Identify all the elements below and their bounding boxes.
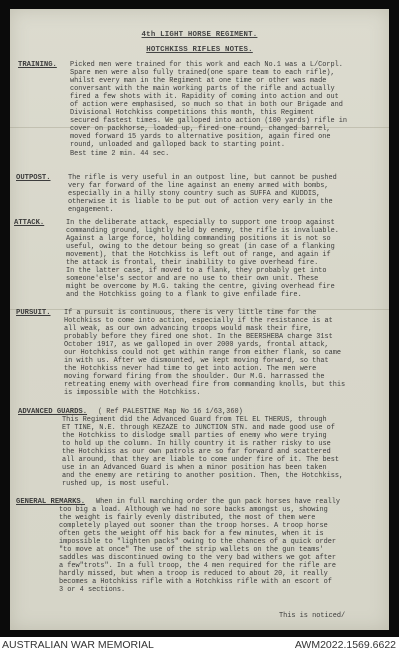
text-line: cover on packhorse, loaded up, fired one…	[70, 125, 347, 133]
text-line: retreating enemy with overhead fire from…	[64, 381, 345, 389]
text-line: Picked men were trained for this work an…	[70, 61, 347, 69]
section-label: ADVANCED GUARDS.	[18, 408, 87, 416]
text-line: impossible to "lighten packs" owing to t…	[59, 538, 336, 546]
text-line: the attack is frontal, their inability t…	[66, 259, 339, 267]
text-line: October 1917, as we galloped in over 200…	[64, 341, 345, 349]
section-body: This Regiment did the Advanced Guard fro…	[62, 416, 343, 488]
text-line: This Regiment did the Advanced Guard fro…	[62, 416, 343, 424]
section-label: GENERAL REMARKS.	[16, 498, 85, 506]
text-line: becomes a Hotchkiss rifle with a Hotchki…	[59, 578, 336, 586]
text-line: When in full marching order the gun pack…	[96, 498, 340, 506]
text-line: commanding ground, lightly held by enemy…	[66, 227, 339, 235]
section-body: If a pursuit is continuous, there is ver…	[64, 309, 345, 398]
text-line: often gets the weight off his back for a…	[59, 530, 336, 538]
section-label: OUTPOST.	[16, 174, 51, 182]
text-line: The rifle is very useful in an outpost l…	[68, 174, 337, 182]
section-body: In the deliberate attack, especially to …	[66, 219, 339, 299]
text-line: and the enemy are retiring to another po…	[62, 472, 343, 480]
section-label: TRAINING.	[18, 61, 57, 69]
text-line: movement), that the Hotchkiss is left ou…	[66, 251, 339, 259]
text-line: Divisional Hotchkiss competitions this m…	[70, 109, 347, 117]
text-line: Best time 2 min. 44 sec.	[70, 150, 347, 158]
section-first-line: When in full marching order the gun pack…	[96, 498, 340, 506]
text-line: the Hotchkiss as our own patrols are so …	[62, 448, 343, 456]
text-line: and the Hotchkiss going to a flank to gi…	[66, 291, 339, 299]
text-line: If a pursuit is continuous, there is ver…	[64, 309, 345, 317]
text-line: someone'else's sector and are no use to …	[66, 275, 339, 283]
section-reference: ( Ref PALESTINE Map No 16 1/63,360)	[98, 408, 243, 416]
text-line: ET TINE, N.E. through KEZAZE to JUNCTION…	[62, 424, 343, 432]
text-line: too big a load. Although we had no sore …	[59, 506, 336, 514]
text-line: probably before they fired one shot. In …	[64, 333, 345, 341]
text-line: in with us. After we dismounted, we kept…	[64, 357, 345, 365]
continuation-note: This is noticed/	[279, 612, 345, 620]
text-line: round, unloaded and galloped back to sta…	[70, 141, 347, 149]
document-page: 4th LIGHT HORSE REGIMENT. HOTCHKISS RIFL…	[10, 9, 389, 630]
text-line: otherwise it is liable to be put out of …	[68, 198, 337, 206]
text-line: might be overcome by M.G. taking the cen…	[66, 283, 339, 291]
section-body: too big a load. Although we had no sore …	[59, 506, 336, 595]
document-subtitle: HOTCHKISS RIFLES NOTES.	[10, 46, 389, 54]
section-body: Picked men were trained for this work an…	[70, 61, 347, 158]
map-reference: ( Ref PALESTINE Map No 16 1/63,360)	[98, 408, 243, 416]
text-line: saddles was discontinued owing to the ve…	[59, 554, 336, 562]
text-line: our Hotchkiss could not get within range…	[64, 349, 345, 357]
text-line: conversant with the main working parts o…	[70, 85, 347, 93]
text-line: of action were emphasised, so much so th…	[70, 101, 347, 109]
text-line: hardly missed, but when a troop is reduc…	[59, 570, 336, 578]
text-line: rushed up, is most useful.	[62, 480, 343, 488]
text-line: all weak, as our own advancing troops wo…	[64, 325, 345, 333]
text-line: "to move at once" The use of the strip w…	[59, 546, 336, 554]
text-line: very far forward of the line against an …	[68, 182, 337, 190]
text-line: Hotchkiss to come into action, especiall…	[64, 317, 345, 325]
text-line: In the latter case, if moved to a flank,…	[66, 267, 339, 275]
accession-number: AWM2022.1569.6622	[295, 639, 396, 651]
institution-name: AUSTRALIAN WAR MEMORIAL	[2, 639, 154, 651]
text-line: moved forward 15 yards to alternative po…	[70, 133, 347, 141]
text-line: use in an Advanced Guard is when a minor…	[62, 464, 343, 472]
text-line: moving forward firing from the shoulder.…	[64, 373, 345, 381]
document-title: 4th LIGHT HORSE REGIMENT.	[10, 31, 389, 39]
text-line: especially in a hilly stony country such…	[68, 190, 337, 198]
text-line: fired a few shots with it. Rapidity of c…	[70, 93, 347, 101]
text-line: is impossible with the Hotchkiss.	[64, 389, 345, 397]
text-line: the Hotchkiss to dislodge small parties …	[62, 432, 343, 440]
scan-background: 4th LIGHT HORSE REGIMENT. HOTCHKISS RIFL…	[0, 0, 399, 637]
text-line: completely played out sooner than the tr…	[59, 522, 336, 530]
section-label: PURSUIT.	[16, 309, 51, 317]
text-line: In the deliberate attack, especially to …	[66, 219, 339, 227]
text-line: all around, that they are liable to come…	[62, 456, 343, 464]
text-line: Spare men were also fully trained(one sp…	[70, 69, 347, 77]
text-line: a few"trots". In a full troop, the 4 men…	[59, 562, 336, 570]
text-line: 3 or 4 sections.	[59, 586, 336, 594]
section-body: The rifle is very useful in an outpost l…	[68, 174, 337, 214]
text-line: to hold up the column. In hilly country …	[62, 440, 343, 448]
text-line: secured fastest times. We galloped into …	[70, 117, 347, 125]
text-line: the weight is fairly evenly distributed,…	[59, 514, 336, 522]
text-line: useful, owing to the detour being so gre…	[66, 243, 339, 251]
text-line: whilst every man in the Regiment at one …	[70, 77, 347, 85]
text-line: engagement.	[68, 206, 337, 214]
section-label: ATTACK.	[14, 219, 44, 227]
text-line: Against a large force, holding commandin…	[66, 235, 339, 243]
text-line: the Hotchkiss never had time to get into…	[64, 365, 345, 373]
image-caption: AUSTRALIAN WAR MEMORIAL AWM2022.1569.662…	[0, 637, 399, 653]
